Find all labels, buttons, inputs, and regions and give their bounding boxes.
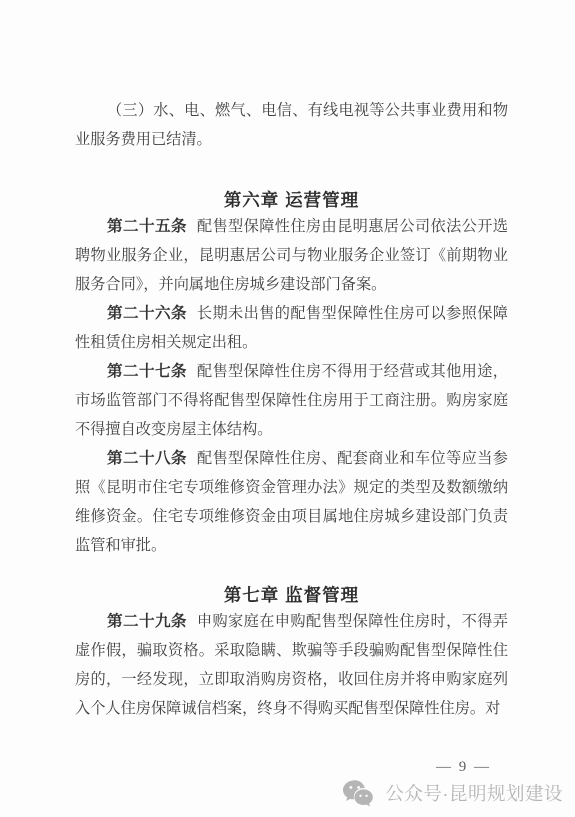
article-25-number: 第二十五条 xyxy=(107,218,187,235)
article-25-paragraph: 第二十五条配售型保障性住房由昆明惠居公司依法公开选聘物业服务企业，昆明惠居公司与… xyxy=(75,212,508,299)
chapter-7-heading: 第七章 监督管理 xyxy=(75,583,508,607)
document-page: （三）水、电、燃气、电信、有线电视等公共事业费用和物业服务费用已结清。 第六章 … xyxy=(0,0,575,817)
article-26-number: 第二十六条 xyxy=(107,305,187,322)
article-28-number: 第二十八条 xyxy=(107,450,187,467)
article-28-paragraph: 第二十八条配售型保障性住房、配套商业和车位等应当参照《昆明市住宅专项维修资金管理… xyxy=(75,444,508,560)
article-29-number: 第二十九条 xyxy=(107,613,187,630)
wechat-icon xyxy=(342,779,377,809)
article-27-paragraph: 第二十七条配售型保障性住房不得用于经营或其他用途，市场监管部门不得将配售型保障性… xyxy=(75,357,508,444)
article-26-paragraph: 第二十六条长期未出售的配售型保障性住房可以参照保障性租赁住房相关规定出租。 xyxy=(75,299,508,357)
continuation-paragraph-text: （三）水、电、燃气、电信、有线电视等公共事业费用和物业服务费用已结清。 xyxy=(75,102,508,148)
article-29-paragraph: 第二十九条申购家庭在申购配售型保障性住房时，不得弄虚作假，骗取资格。采取隐瞒、欺… xyxy=(75,607,508,723)
article-27-number: 第二十七条 xyxy=(107,363,187,380)
wechat-watermark-text: 公众号·昆明规划建设 xyxy=(385,780,563,808)
continuation-paragraph: （三）水、电、燃气、电信、有线电视等公共事业费用和物业服务费用已结清。 xyxy=(75,96,508,154)
chapter-6-heading: 第六章 运营管理 xyxy=(75,188,508,212)
wechat-watermark: 公众号·昆明规划建设 xyxy=(342,779,563,809)
document-content: （三）水、电、燃气、电信、有线电视等公共事业费用和物业服务费用已结清。 第六章 … xyxy=(75,96,508,723)
page-number: — 9 — xyxy=(436,757,491,777)
